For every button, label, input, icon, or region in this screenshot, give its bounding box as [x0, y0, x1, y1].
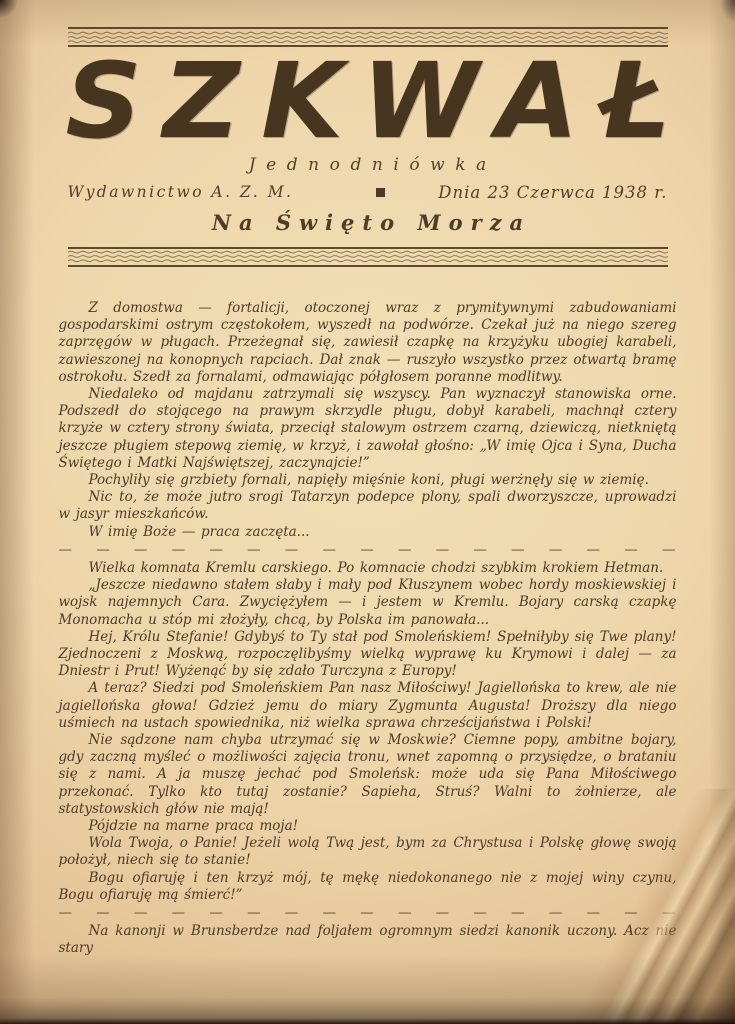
article-paragraph: Wielka komnata Kremlu carskiego. Po komn… — [59, 560, 677, 577]
article-paragraph: „Jeszcze niedawno stałem słaby i mały po… — [59, 577, 677, 629]
issue-date: Dnia 23 Czerwca 1938 r. — [438, 183, 667, 202]
publication-line: Wydawnictwo A. Z. M. Dnia 23 Czerwca 193… — [68, 183, 668, 202]
section-divider: — — — — — — — — — — — — — — — — — — [59, 542, 677, 559]
article-paragraph: Z domostwa — fortalicji, otoczonej wraz … — [59, 300, 677, 386]
article-paragraph: Bogu ofiaruję i ten krzyż mój, tę mękę n… — [59, 870, 677, 904]
publisher-label: Wydawnictwo A. Z. M. — [68, 183, 294, 201]
article-body: Z domostwa — fortalicji, otoczonej wraz … — [59, 300, 677, 958]
occasion-title: Na Święto Morza — [0, 210, 735, 235]
article-paragraph: Nic to, że może jutro srogi Tatarzyn pod… — [59, 489, 677, 523]
square-bullet-icon — [376, 188, 385, 197]
article-paragraph: Nie sądzone nam chyba utrzymać się w Mos… — [59, 732, 677, 818]
wavy-lines-icon — [68, 250, 668, 263]
newspaper-page: SZKWAŁ Jednodniówka Wydawnictwo A. Z. M.… — [0, 0, 735, 1024]
article-paragraph: A teraz? Siedzi pod Smoleńskiem Pan nasz… — [59, 680, 677, 732]
section-divider: — — — — — — — — — — — — — — — — — — [59, 905, 677, 922]
article-paragraph: Hej, Królu Stefanie! Gdybyś to Ty stał p… — [59, 629, 677, 681]
article-paragraph: Pójdzie na marne praca moja! — [59, 818, 677, 835]
article-paragraph: Na kanonji w Brunsberdze nad foljałem og… — [59, 923, 677, 957]
page-title: SZKWAŁ — [0, 51, 735, 153]
article-paragraph: W imię Boże — praca zaczęta... — [59, 524, 677, 541]
ornament-rule-bottom — [68, 247, 668, 267]
article-paragraph: Pochyliły się grzbiety fornali, napięły … — [59, 472, 677, 489]
article-paragraph: Niedaleko od majdanu zatrzymali się wszy… — [59, 386, 677, 472]
article-paragraph: Wola Twoja, o Panie! Jeżeli wolą Twą jes… — [59, 835, 677, 869]
